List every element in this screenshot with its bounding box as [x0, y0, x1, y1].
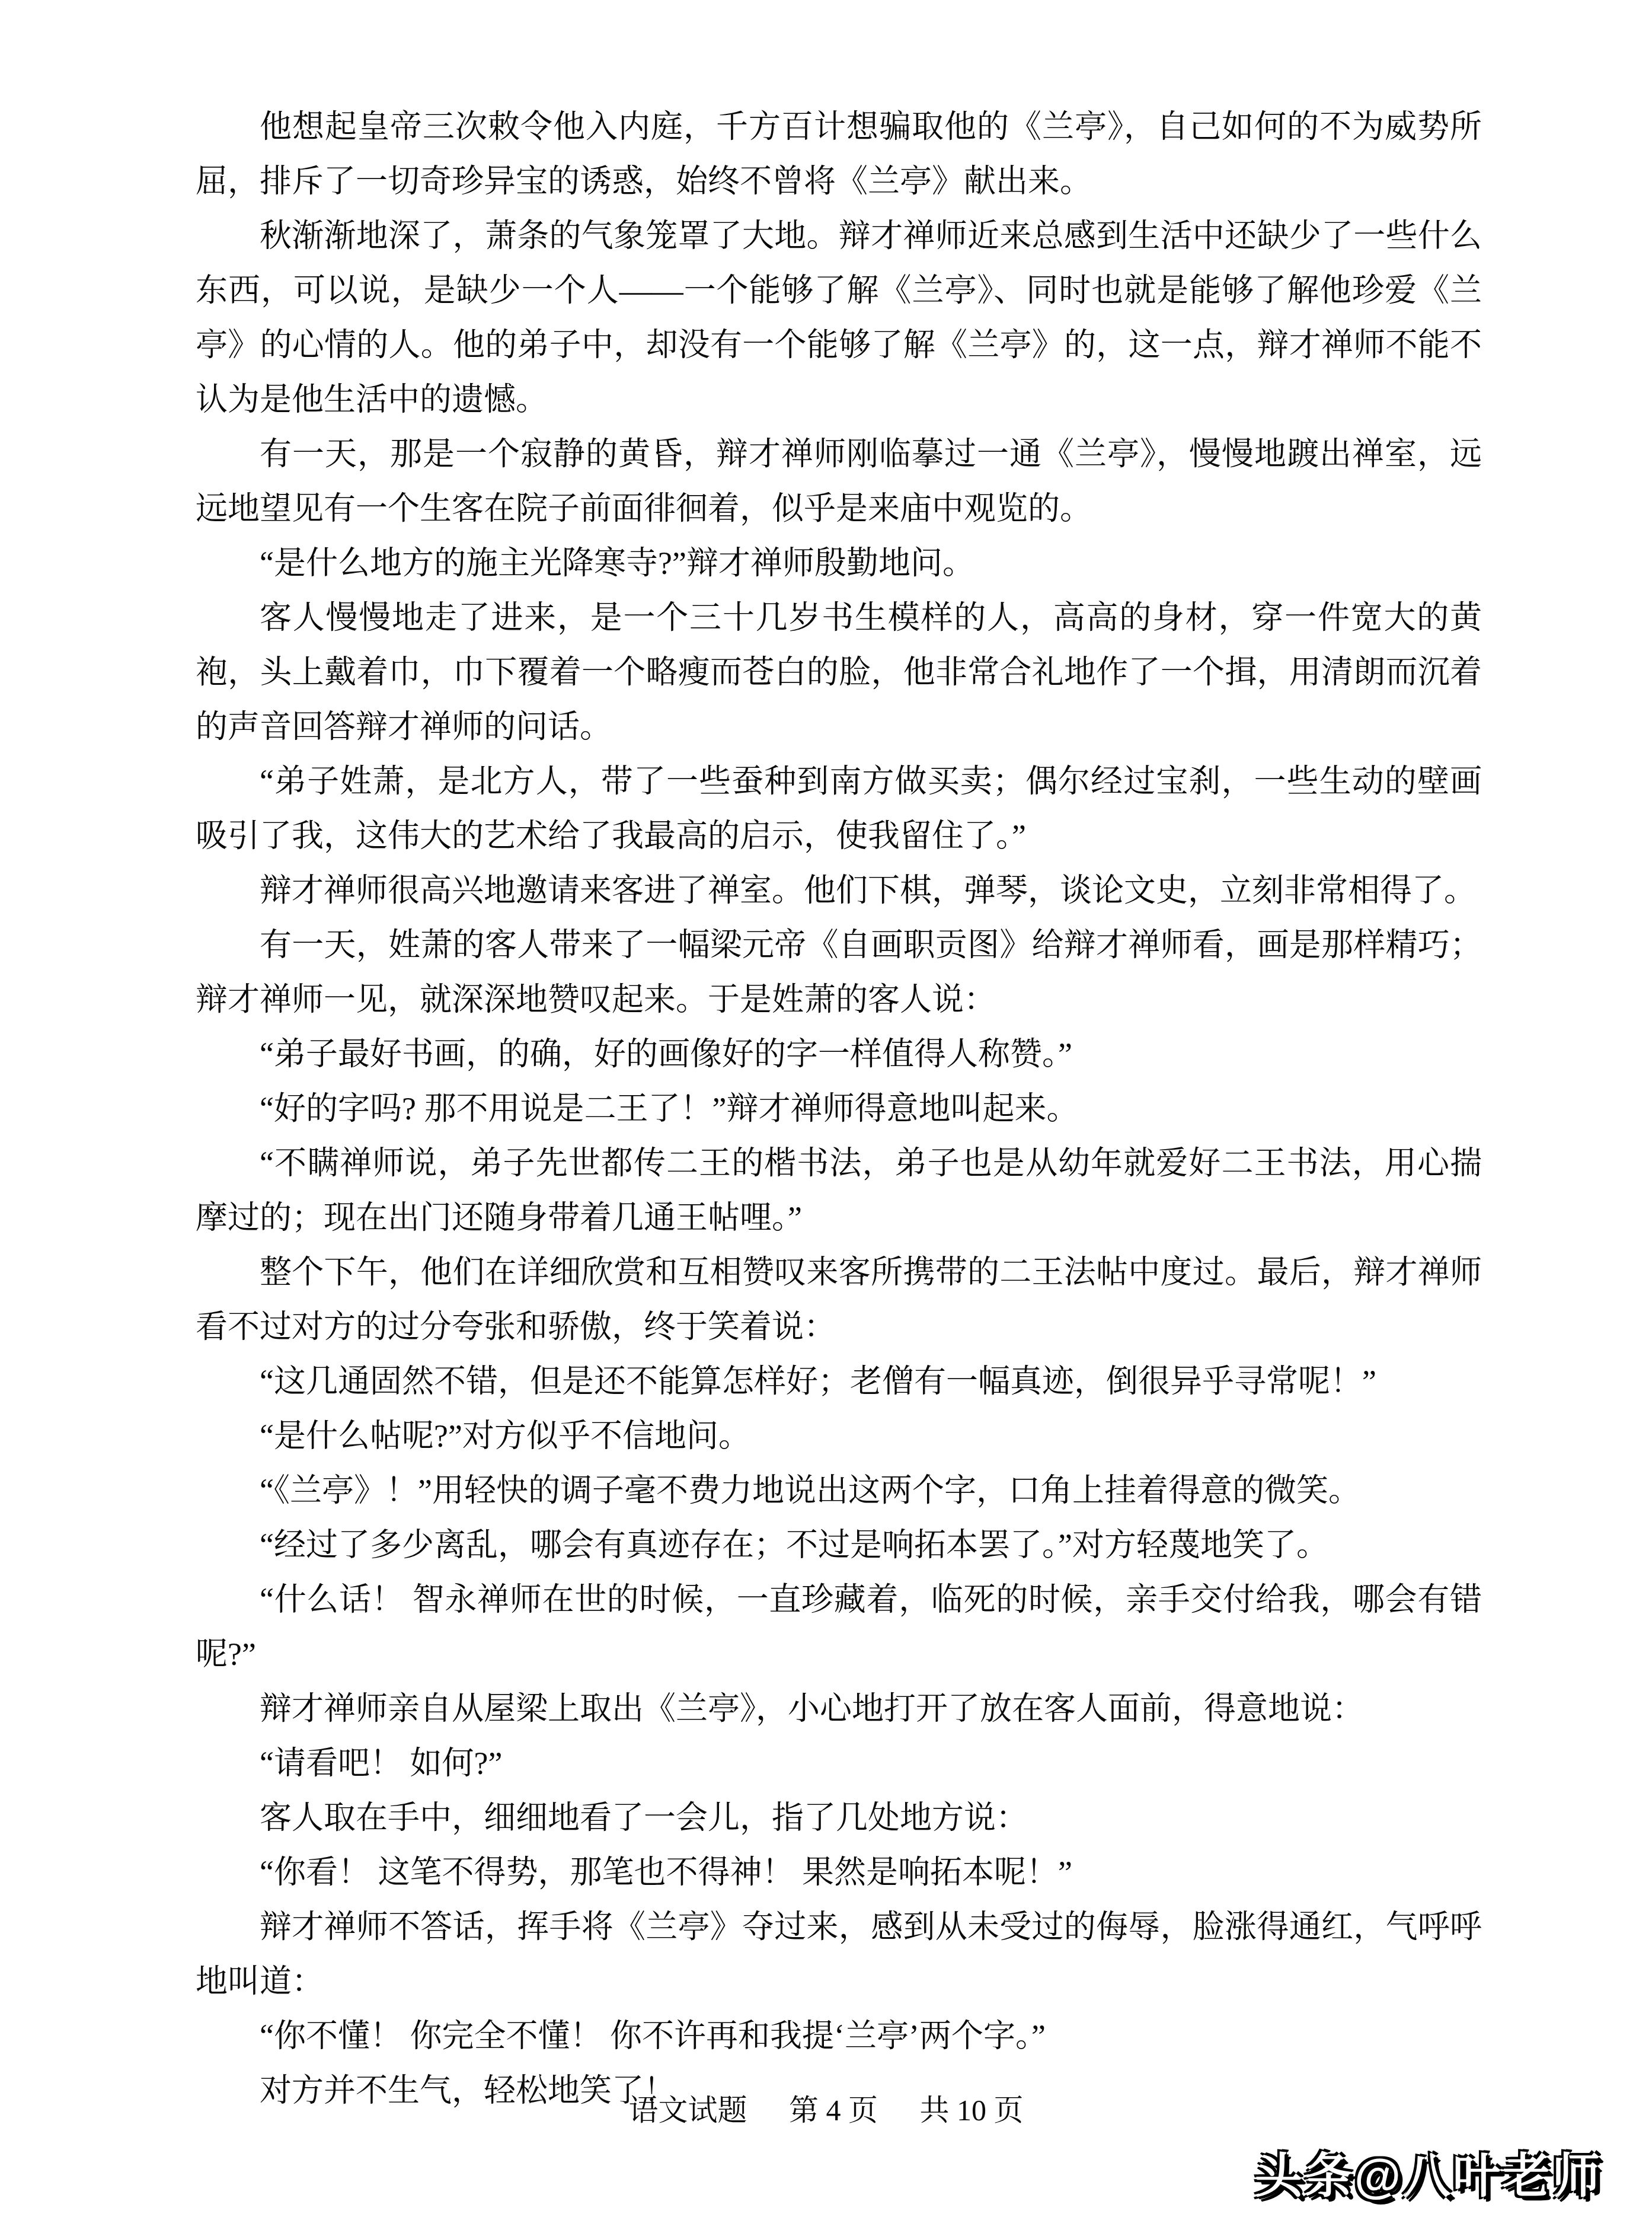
- page-footer: 语文试题 第 4 页 共 10 页: [0, 2092, 1652, 2129]
- paragraph: “《兰亭》！”用轻快的调子毫不费力地说出这两个字，口角上挂着得意的微笑。: [196, 1463, 1482, 1518]
- footer-page-number: 第 4 页: [789, 2092, 878, 2129]
- paragraph: “弟子姓萧，是北方人，带了一些蚕种到南方做买卖；偶尔经过宝刹，一些生动的壁画吸引…: [196, 754, 1482, 863]
- paragraph: “不瞒禅师说，弟子先世都传二王的楷书法，弟子也是从幼年就爱好二王书法，用心揣摩过…: [196, 1136, 1482, 1245]
- paragraph: “是什么帖呢?”对方似乎不信地问。: [196, 1409, 1482, 1463]
- paragraph: “这几通固然不错，但是还不能算怎样好；老僧有一幅真迹，倒很异乎寻常呢！”: [196, 1354, 1482, 1409]
- footer-exam-title: 语文试题: [629, 2092, 747, 2129]
- paragraph: “好的字吗? 那不用说是二王了！”辩才禅师得意地叫起来。: [196, 1081, 1482, 1136]
- paragraph: “请看吧！ 如何?”: [196, 1736, 1482, 1791]
- story-text: 他想起皇帝三次敕令他入内庭，千方百计想骗取他的《兰亭》，自己如何的不为威势所屈，…: [196, 100, 1482, 2118]
- paragraph: 他想起皇帝三次敕令他入内庭，千方百计想骗取他的《兰亭》，自己如何的不为威势所屈，…: [196, 100, 1482, 209]
- paragraph: “经过了多少离乱，哪会有真迹存在；不过是响拓本罢了。”对方轻蔑地笑了。: [196, 1518, 1482, 1572]
- paragraph: 辩才禅师亲自从屋梁上取出《兰亭》，小心地打开了放在客人面前，得意地说：: [196, 1682, 1482, 1736]
- paragraph: “你不懂！ 你完全不懂！ 你不许再和我提‘兰亭’两个字。”: [196, 2009, 1482, 2063]
- paragraph: “什么话！ 智永禅师在世的时候，一直珍藏着，临死的时候，亲手交付给我，哪会有错呢…: [196, 1572, 1482, 1682]
- paragraph: 秋渐渐地深了，萧条的气象笼罩了大地。辩才禅师近来总感到生活中还缺少了一些什么东西…: [196, 209, 1482, 427]
- paragraph: 有一天，姓萧的客人带来了一幅梁元帝《自画职贡图》给辩才禅师看，画是那样精巧；辩才…: [196, 918, 1482, 1027]
- paragraph: 有一天，那是一个寂静的黄昏，辩才禅师刚临摹过一通《兰亭》，慢慢地踱出禅室，远远地…: [196, 427, 1482, 536]
- paragraph: 整个下午，他们在详细欣赏和互相赞叹来客所携带的二王法帖中度过。最后，辩才禅师看不…: [196, 1245, 1482, 1354]
- paragraph: 客人慢慢地走了进来，是一个三十几岁书生模样的人，高高的身材，穿一件宽大的黄袍，头…: [196, 591, 1482, 754]
- footer-total-pages: 共 10 页: [920, 2092, 1024, 2129]
- watermark-text: 头条@八叶老师: [1255, 2148, 1602, 2205]
- paragraph: 客人取在手中，细细地看了一会儿，指了几处地方说：: [196, 1791, 1482, 1845]
- paragraph: “是什么地方的施主光降寒寺?”辩才禅师殷勤地问。: [196, 536, 1482, 591]
- paragraph: “你看！ 这笔不得势，那笔也不得神！ 果然是响拓本呢！”: [196, 1845, 1482, 1900]
- paragraph: 辩才禅师很高兴地邀请来客进了禅室。他们下棋，弹琴，谈论文史，立刻非常相得了。: [196, 863, 1482, 918]
- paragraph: 辩才禅师不答话，挥手将《兰亭》夺过来，感到从未受过的侮辱，脸涨得通红，气呼呼地叫…: [196, 1900, 1482, 2009]
- paragraph: “弟子最好书画，的确，好的画像好的字一样值得人称赞。”: [196, 1027, 1482, 1081]
